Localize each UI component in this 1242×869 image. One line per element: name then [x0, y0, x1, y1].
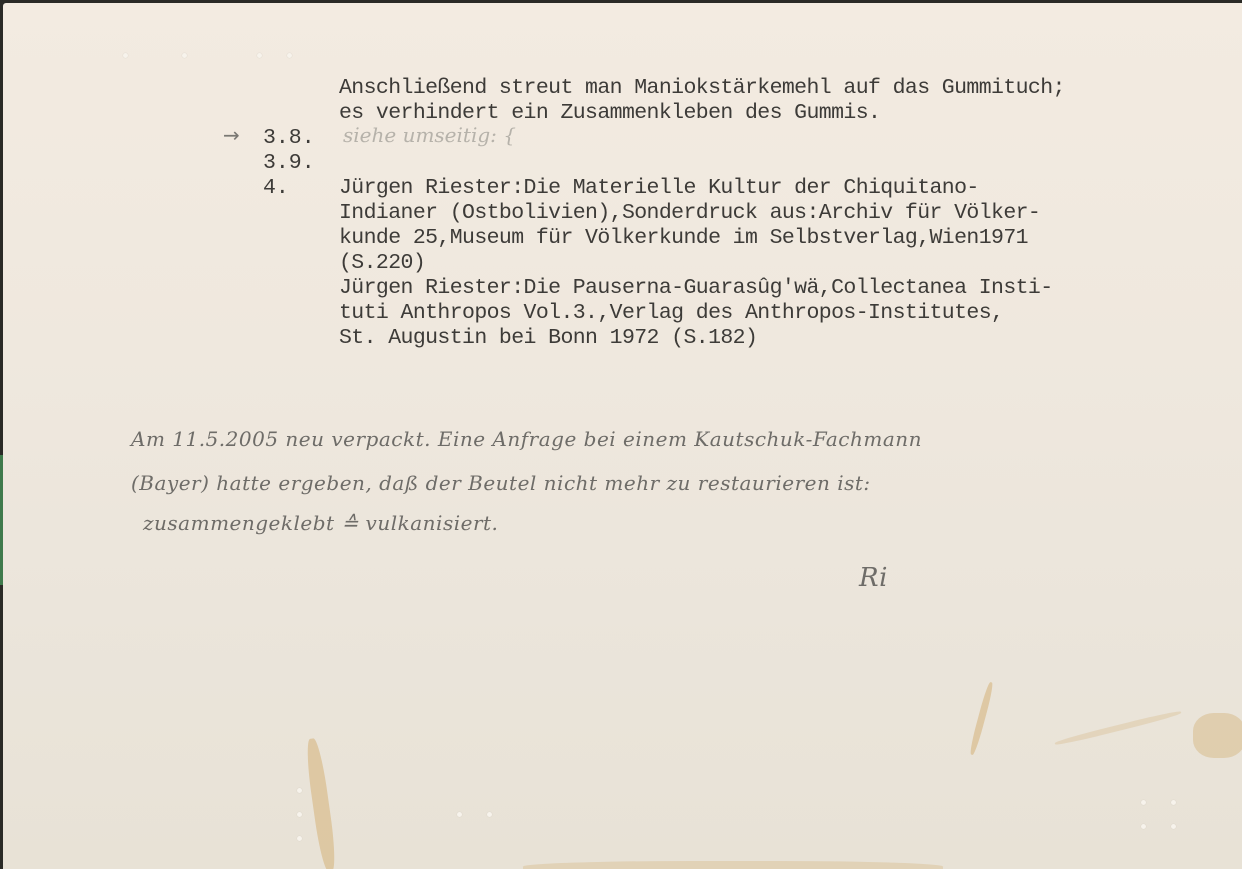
reference-line-4: (S.220)	[339, 251, 425, 276]
embossed-dot	[1141, 800, 1146, 805]
typed-intro-line-1: Anschließend streut man Maniokstärkemehl…	[339, 76, 1065, 101]
handwritten-line-3: zusammengeklebt ≙ vulkanisiert.	[143, 511, 498, 535]
reference-line-5: Jürgen Riester:Die Pauserna-Guarasûg'wä,…	[339, 276, 1053, 301]
embossed-dot	[287, 53, 292, 58]
stain-mark	[1054, 709, 1182, 746]
stain-mark	[968, 681, 994, 755]
reference-line-7: St. Augustin bei Bonn 1972 (S.182)	[339, 326, 757, 351]
embossed-dot	[123, 53, 128, 58]
background-edge	[0, 455, 3, 585]
embossed-dot	[457, 812, 462, 817]
embossed-dot	[182, 53, 187, 58]
embossed-dot	[257, 53, 262, 58]
embossed-dot	[487, 812, 492, 817]
embossed-dot	[1171, 800, 1176, 805]
reference-line-1: Jürgen Riester:Die Materielle Kultur der…	[339, 176, 979, 201]
item-number-4: 4.	[263, 176, 289, 201]
embossed-dot	[297, 836, 302, 841]
arrow-icon: →	[223, 123, 240, 147]
archive-index-card: Anschließend streut man Maniokstärkemehl…	[3, 3, 1242, 869]
reference-line-2: Indianer (Ostbolivien),Sonderdruck aus:A…	[339, 201, 1040, 226]
stain-mark	[523, 861, 943, 869]
stain-mark	[1193, 713, 1242, 758]
reference-line-6: tuti Anthropos Vol.3.,Verlag des Anthrop…	[339, 301, 1003, 326]
handwritten-line-2: (Bayer) hatte ergeben, daß der Beutel ni…	[131, 471, 871, 495]
embossed-dot	[297, 812, 302, 817]
item-number-3-9: 3.9.	[263, 151, 315, 176]
pencil-note-see-overleaf: siehe umseitig: {	[343, 123, 516, 147]
embossed-dot	[1171, 824, 1176, 829]
handwritten-line-1: Am 11.5.2005 neu verpackt. Eine Anfrage …	[131, 427, 922, 451]
item-number-3-8: 3.8.	[263, 126, 315, 151]
embossed-dot	[1141, 824, 1146, 829]
stain-mark	[304, 738, 338, 869]
embossed-dot	[297, 788, 302, 793]
signature-initials: Ri	[859, 563, 888, 593]
reference-line-3: kunde 25,Museum für Völkerkunde im Selbs…	[339, 226, 1028, 251]
